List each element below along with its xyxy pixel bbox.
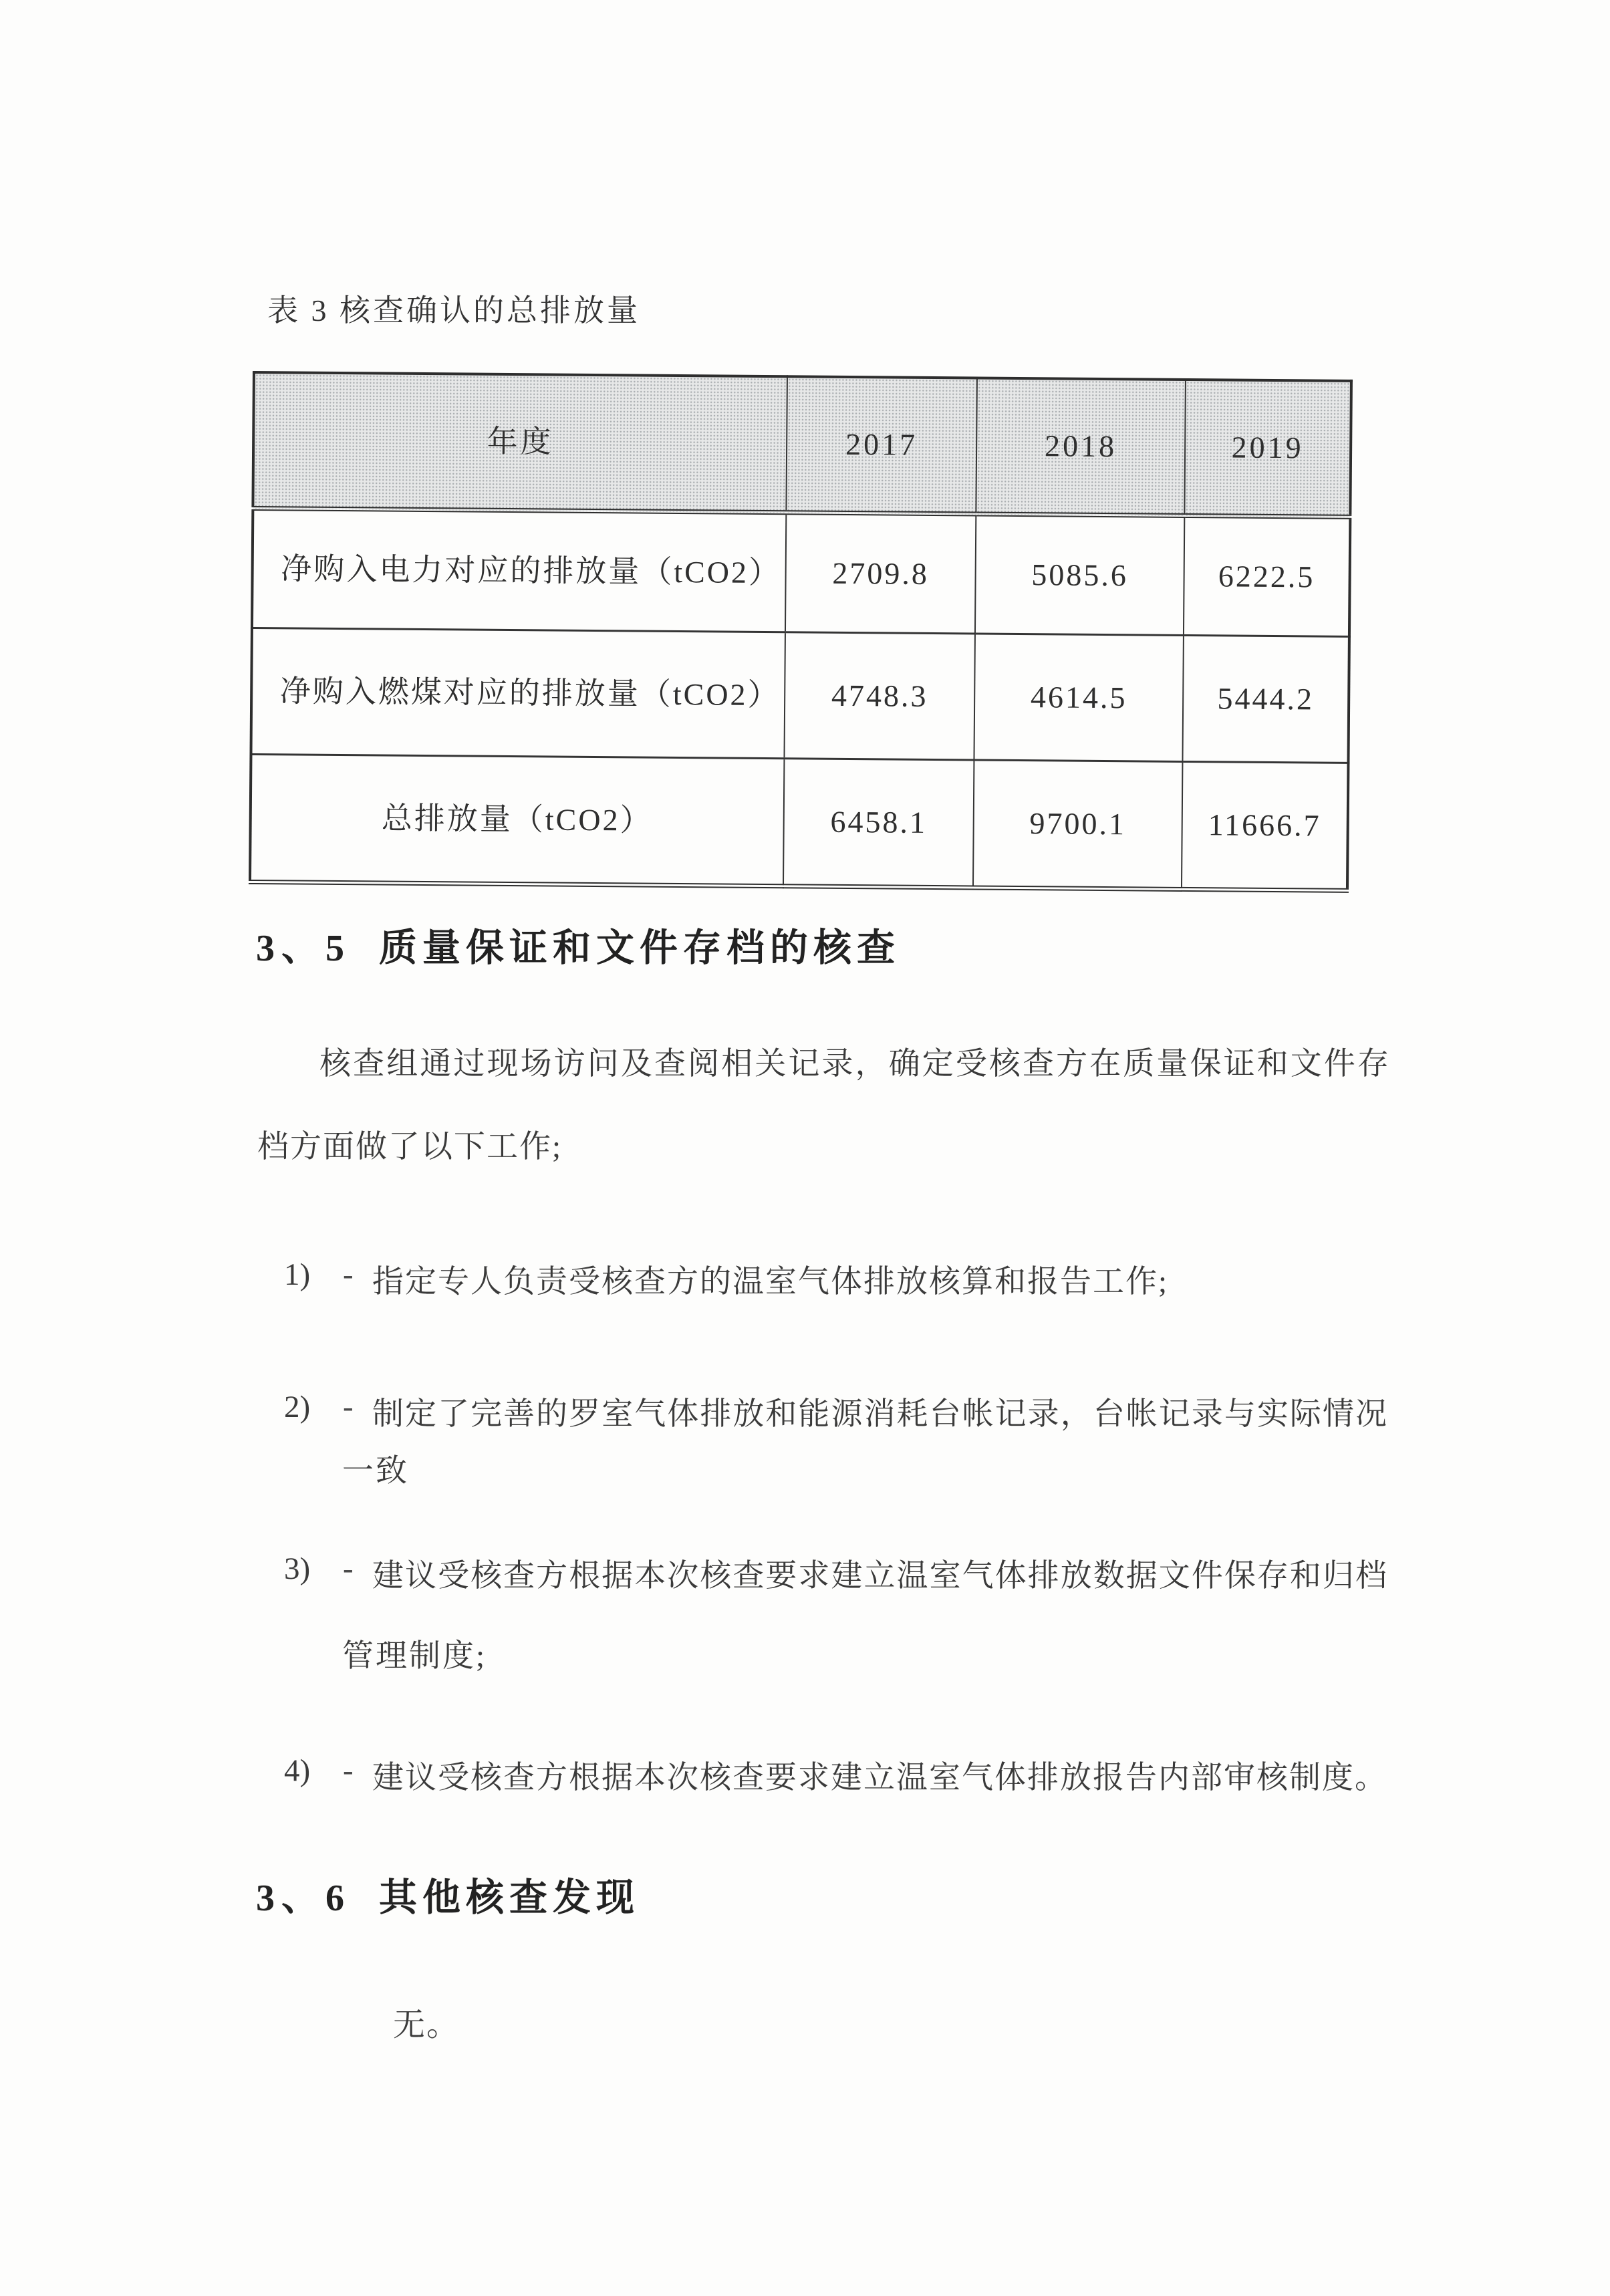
- header-cell-year: 年度: [253, 372, 787, 513]
- value-cell: 11666.7: [1182, 761, 1348, 890]
- value-cell: 5444.2: [1182, 635, 1349, 763]
- scanned-document-page: 表 3 核查确认的总排放量 年度 2017 2018 2019 净购入电力对应的…: [0, 0, 1610, 2296]
- paragraph-line-1: 核查组通过现场访问及查阅相关记录，确定受核查方在质量保证和文件存: [319, 1046, 1389, 1082]
- list-item-number: 2): [284, 1389, 343, 1425]
- list-item-text: 指定专人负责受核查方的温室气体排放核算和报告工作;: [372, 1257, 1168, 1301]
- list-item-number: 3): [284, 1551, 343, 1587]
- table-row: 总排放量（tCO2） 6458.1 9700.1 11666.7: [250, 754, 1348, 890]
- header-cell-2018: 2018: [976, 378, 1186, 516]
- row-label-coal: 净购入燃煤对应的排放量（tCO2）: [251, 628, 785, 759]
- header-cell-2017: 2017: [786, 376, 977, 514]
- row-label-total: 总排放量（tCO2）: [250, 754, 784, 886]
- emissions-table-wrap: 年度 2017 2018 2019 净购入电力对应的排放量（tCO2） 2709…: [249, 371, 1350, 893]
- list-item-1: 1)-指定专人负责受核查方的温室气体排放核算和报告工作;: [284, 1257, 1407, 1301]
- list-item-dash: -: [343, 1551, 372, 1587]
- list-item-dash: -: [343, 1753, 372, 1789]
- value-cell: 2709.8: [785, 513, 976, 634]
- emissions-table: 年度 2017 2018 2019 净购入电力对应的排放量（tCO2） 2709…: [249, 371, 1353, 893]
- value-cell: 4614.5: [974, 634, 1183, 761]
- value-cell: 4748.3: [784, 632, 974, 760]
- list-item-number: 1): [284, 1257, 343, 1293]
- section-number: 3、6: [256, 1878, 351, 1919]
- table-row: 净购入电力对应的排放量（tCO2） 2709.8 5085.6 6222.5: [252, 509, 1350, 637]
- list-item-3: 3)-建议受核查方根据本次核查要求建立温室气体排放数据文件保存和归档: [284, 1551, 1407, 1596]
- list-item-2-continuation: 一致: [342, 1446, 409, 1491]
- list-item-dash: -: [343, 1389, 372, 1425]
- list-item-text: 建议受核查方根据本次核查要求建立温室气体排放报告内部审核制度。: [372, 1753, 1387, 1797]
- section-3-6-heading: 3、6其他核查发现: [256, 1867, 640, 1922]
- list-item-3-continuation: 管理制度;: [342, 1631, 487, 1676]
- row-label-electricity: 净购入电力对应的排放量（tCO2）: [252, 509, 786, 632]
- section-title: 质量保证和文件存档的核查: [379, 926, 900, 969]
- value-cell: 6222.5: [1184, 515, 1350, 636]
- list-item-2: 2)-制定了完善的罗室气体排放和能源消耗台帐记录，台帐记录与实际情况: [284, 1389, 1407, 1434]
- list-item-text: 建议受核查方根据本次核查要求建立温室气体排放数据文件保存和归档: [372, 1551, 1387, 1596]
- list-item-number: 4): [284, 1753, 343, 1789]
- value-cell: 9700.1: [973, 760, 1182, 889]
- list-item-4: 4)-建议受核查方根据本次核查要求建立温室气体排放报告内部审核制度。: [284, 1753, 1407, 1797]
- table-caption: 表 3 核查确认的总排放量: [267, 286, 640, 330]
- none-found-text: 无。: [393, 1999, 460, 2045]
- section-3-5-heading: 3、5质量保证和文件存档的核查: [256, 917, 900, 972]
- value-cell: 6458.1: [783, 759, 974, 888]
- table-header-row: 年度 2017 2018 2019: [253, 372, 1351, 517]
- section-title: 其他核查发现: [379, 1876, 640, 1919]
- table-row: 净购入燃煤对应的排放量（tCO2） 4748.3 4614.5 5444.2: [251, 628, 1349, 763]
- list-item-dash: -: [343, 1257, 372, 1293]
- list-item-text: 制定了完善的罗室气体排放和能源消耗台帐记录，台帐记录与实际情况: [372, 1389, 1387, 1434]
- header-cell-2019: 2019: [1184, 380, 1351, 517]
- value-cell: 5085.6: [975, 514, 1184, 635]
- section-number: 3、5: [256, 928, 351, 969]
- paragraph-line-2: 档方面做了以下工作;: [257, 1128, 562, 1166]
